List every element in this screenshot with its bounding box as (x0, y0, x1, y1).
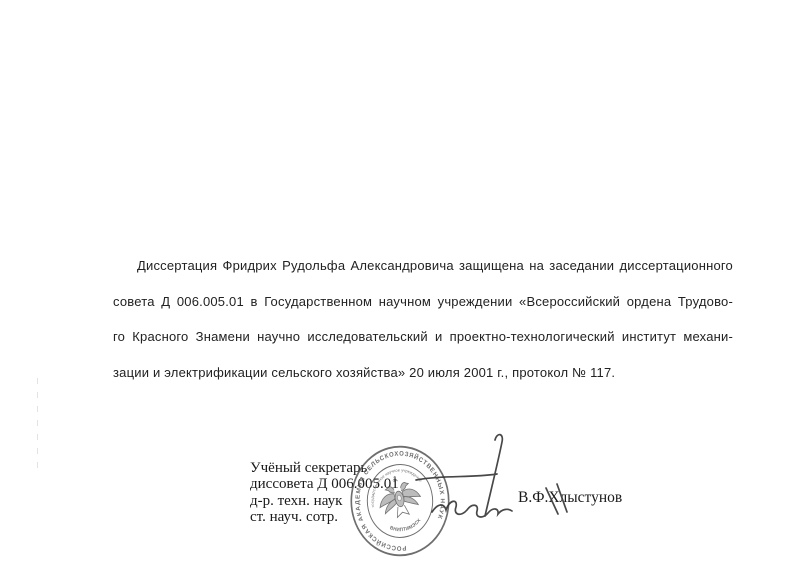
paragraph-line-1: Диссертация Фридрих Рудольфа Александров… (113, 258, 733, 294)
signature-stroke (432, 501, 512, 517)
dissertation-paragraph: Диссертация Фридрих Рудольфа Александров… (113, 258, 733, 400)
scan-artifact (37, 378, 38, 476)
paragraph-line-2: совета Д 006.005.01 в Государственном на… (113, 294, 733, 330)
signature-stroke (416, 474, 497, 480)
signature-stroke (557, 484, 567, 512)
signature-stroke (546, 488, 558, 514)
handwritten-signature (398, 428, 598, 533)
paragraph-line-3: го Красного Знамени научно исследователь… (113, 329, 733, 365)
paragraph-line-4: зации и электрификации сельского хозяйст… (113, 365, 733, 401)
document-page: Диссертация Фридрих Рудольфа Александров… (0, 0, 795, 562)
